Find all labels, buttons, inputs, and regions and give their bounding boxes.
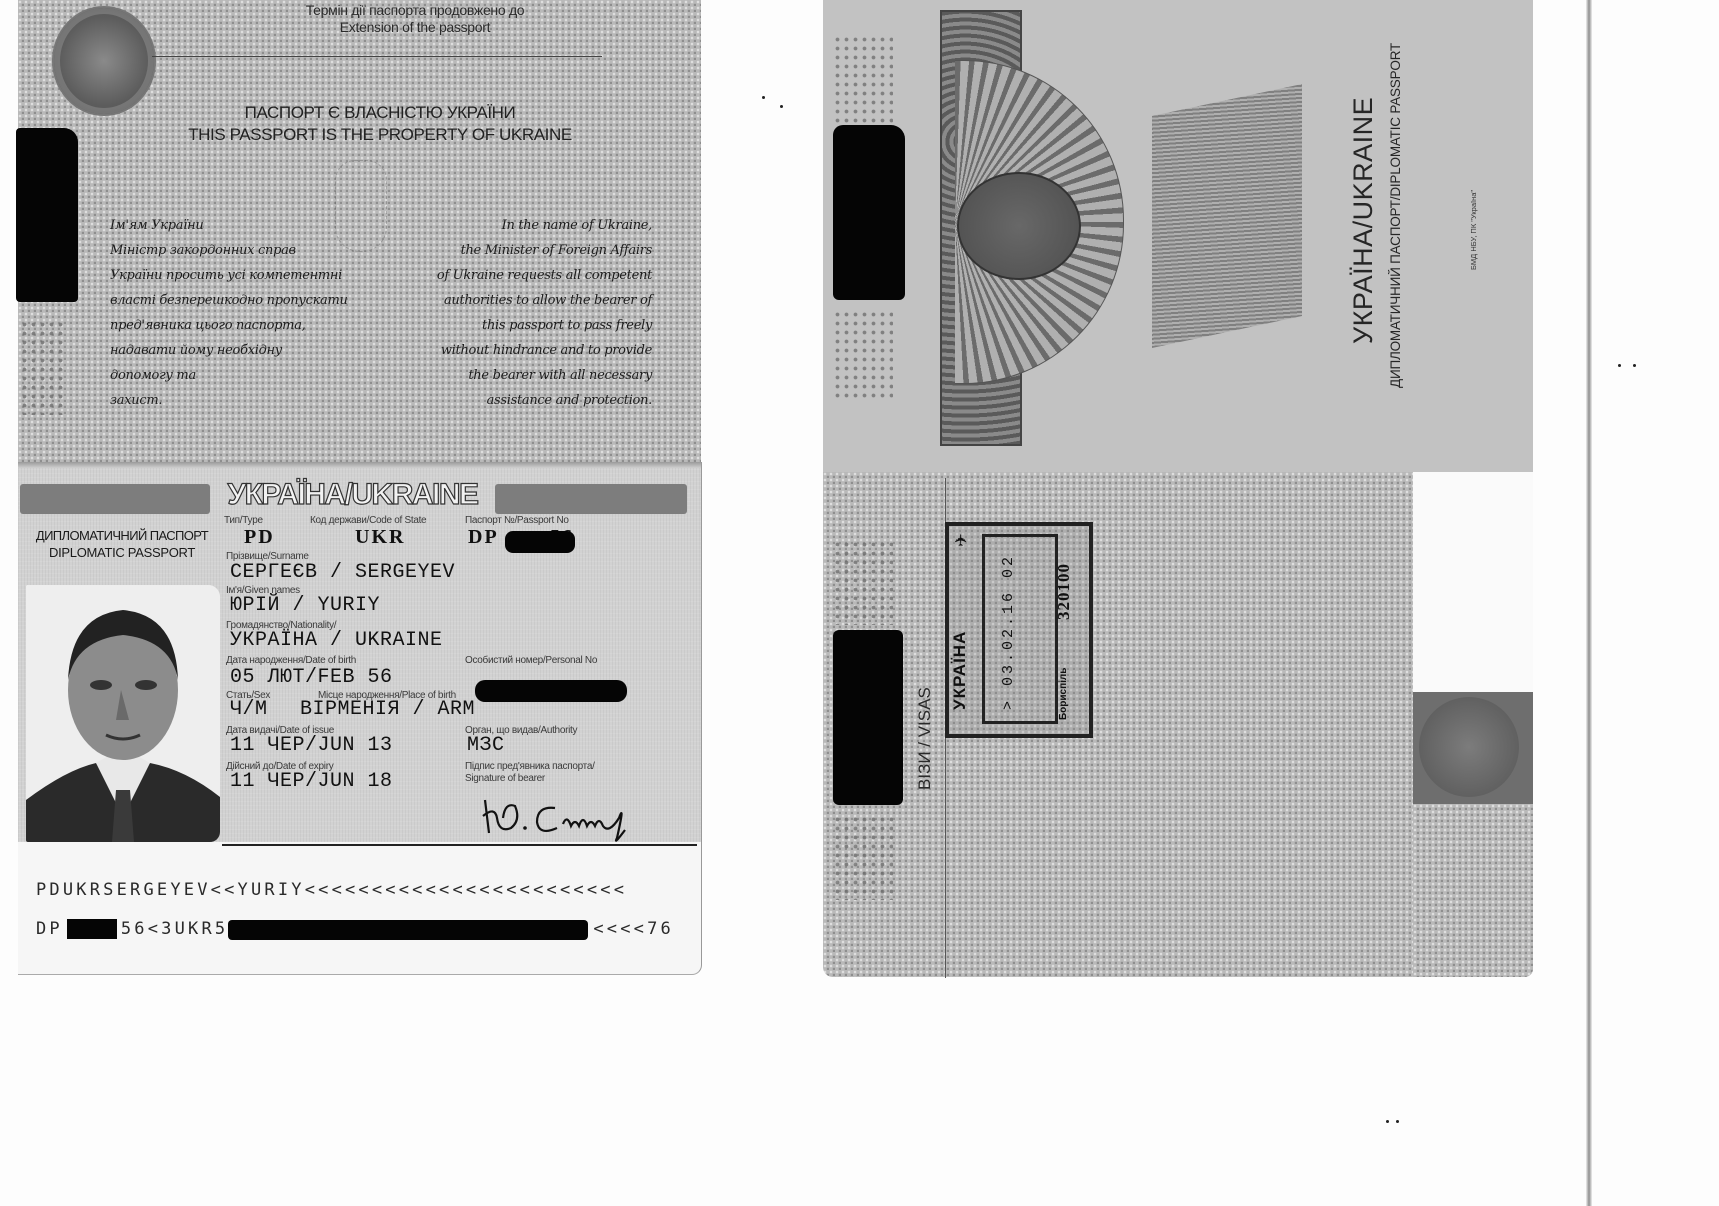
passport-no-label: Паспорт №/Passport No bbox=[465, 515, 569, 526]
visas-page bbox=[823, 472, 1413, 977]
property-notice-ua: ПАСПОРТ Є ВЛАСНІСТЮ УКРАЇНИ bbox=[100, 103, 660, 123]
request-line: Ім'ям України bbox=[110, 213, 350, 238]
document-type-ua: ДИПЛОМАТИЧНИЙ ПАСПОРТ bbox=[22, 528, 222, 543]
portrait-icon bbox=[26, 585, 220, 842]
holographic-seal-icon bbox=[1419, 697, 1519, 797]
request-line: authorities to allow the bearer of bbox=[400, 288, 652, 313]
perforated-number-icon bbox=[20, 320, 66, 415]
bearer-signature bbox=[475, 788, 675, 843]
request-line: допомогу та bbox=[110, 363, 350, 388]
mrz-line-2-mid: 56<3UKR5 bbox=[121, 919, 228, 939]
given-names-value: ЮРІЙ / YURIY bbox=[230, 594, 380, 617]
document-type-en: DIPLOMATIC PASSPORT bbox=[22, 545, 222, 560]
stamp-code: 320100 bbox=[1054, 530, 1074, 620]
visa-page-blank-margin bbox=[1413, 472, 1533, 692]
request-line: власті безперешкодно пропускати bbox=[110, 288, 350, 313]
airplane-icon: ✈ bbox=[952, 533, 972, 546]
request-text-ua: Ім'ям України Міністр закордонних справ … bbox=[110, 213, 350, 413]
request-line: of Ukraine requests all competent bbox=[400, 263, 652, 288]
extension-line bbox=[152, 56, 602, 57]
stamp-inner-frame bbox=[982, 534, 1058, 724]
mrz-line-1: PDUKRSERGEYEV<<YURIY<<<<<<<<<<<<<<<<<<<<… bbox=[36, 880, 627, 900]
request-line: without hindrance and to provide bbox=[400, 338, 652, 363]
data-page-title: УКРАЇНА/UKRAINE bbox=[210, 478, 495, 512]
cover-subtitle: ДИПЛОМАТИЧНИЙ ПАСПОРТ/DIPLOMATIC PASSPOR… bbox=[1388, 5, 1403, 425]
signature-label-ua: Підпис пред'явника паспорта/ bbox=[465, 761, 595, 772]
extension-label-en: Extension of the passport bbox=[200, 19, 630, 35]
stamp-country: УКРАЇНА bbox=[950, 560, 970, 710]
stamp-place: Бориспіль bbox=[1058, 625, 1069, 720]
scan-speck bbox=[1396, 1120, 1399, 1123]
redaction-block bbox=[228, 920, 588, 940]
date-of-birth-label: Дата народження/Date of birth bbox=[226, 655, 356, 666]
personal-no-label: Особистий номер/Personal No bbox=[465, 655, 597, 666]
printer-imprint: БМД НБУ, ПК "Україна" bbox=[1469, 170, 1478, 290]
redaction-block bbox=[16, 128, 78, 302]
mrz-line-2-prefix: DP bbox=[36, 919, 63, 939]
emblem-icon bbox=[957, 172, 1081, 280]
signature-icon bbox=[475, 788, 675, 843]
scanner-edge bbox=[1586, 0, 1592, 1206]
place-of-birth-value: ВІРМЕНІЯ / ARM bbox=[300, 698, 475, 721]
perforated-number-icon bbox=[833, 35, 893, 125]
mrz-line-2-suffix: <<<<76 bbox=[593, 919, 674, 939]
banner-ornament-left bbox=[20, 484, 210, 514]
code-of-state-value: UKR bbox=[355, 526, 405, 549]
request-line: the bearer with all necessary bbox=[400, 363, 652, 388]
request-line: Міністр закордонних справ bbox=[110, 238, 350, 263]
code-of-state-label: Код держави/Code of State bbox=[310, 515, 426, 526]
scan-speck bbox=[1618, 364, 1621, 367]
redaction-block bbox=[475, 680, 627, 702]
scan-speck bbox=[762, 96, 765, 99]
holder-photo bbox=[26, 585, 220, 842]
request-line: In the name of Ukraine, bbox=[400, 213, 652, 238]
stamp-date: > 03.02.16 02 bbox=[1000, 540, 1017, 710]
flag-watermark-icon bbox=[1152, 84, 1302, 348]
page-fold bbox=[18, 462, 701, 468]
request-line: пред'явника цього паспорта, bbox=[110, 313, 350, 338]
date-of-birth-value: 05 ЛЮТ/FEB 56 bbox=[230, 666, 393, 689]
date-of-expiry-value: 11 ЧЕР/JUN 18 bbox=[230, 770, 393, 793]
redaction-block bbox=[833, 125, 905, 300]
perforated-number-icon bbox=[833, 540, 893, 625]
scan-speck bbox=[1386, 1120, 1389, 1123]
extension-label-ua: Термін дії паспорта продовжено до bbox=[200, 2, 630, 18]
date-of-issue-value: 11 ЧЕР/JUN 13 bbox=[230, 734, 393, 757]
perforated-number-icon bbox=[833, 815, 893, 900]
redaction-block bbox=[67, 919, 117, 939]
banner-ornament-right bbox=[495, 484, 687, 514]
request-line: захист. bbox=[110, 388, 350, 413]
surname-value: СЕРГЕЄВ / SERGEYEV bbox=[230, 561, 455, 584]
nationality-value: УКРАЇНА / UKRAINE bbox=[230, 629, 443, 652]
visas-label: ВІЗИ / VISAS bbox=[915, 640, 935, 790]
passport-no-prefix: DP bbox=[468, 526, 499, 549]
request-line: the Minister of Foreign Affairs bbox=[400, 238, 652, 263]
signature-label-en: Signature of bearer bbox=[465, 773, 545, 784]
request-line: України просить усі компетентні bbox=[110, 263, 350, 288]
scan-speck bbox=[1633, 364, 1636, 367]
authority-value: МЗС bbox=[467, 734, 505, 757]
sex-value: Ч/M bbox=[230, 698, 268, 721]
scan-speck bbox=[780, 105, 783, 108]
perforated-number-icon bbox=[833, 310, 893, 400]
visa-page-lower bbox=[1413, 804, 1533, 977]
request-text-en: In the name of Ukraine, the Minister of … bbox=[400, 213, 652, 413]
redaction-block bbox=[505, 531, 575, 553]
request-line: assistance and protection. bbox=[400, 388, 652, 413]
type-label: Тип/Type bbox=[224, 515, 263, 526]
cover-title: УКРАЇНА/UKRAINE bbox=[1348, 70, 1379, 370]
request-line: this passport to pass freely bbox=[400, 313, 652, 338]
property-notice-en: THIS PASSPORT IS THE PROPERTY OF UKRAINE bbox=[100, 125, 660, 145]
redaction-block bbox=[833, 630, 903, 805]
type-value: PD bbox=[244, 526, 275, 549]
holographic-seal-icon bbox=[52, 6, 156, 116]
signature-rule bbox=[222, 844, 697, 846]
request-line: надавати йому необхідну bbox=[110, 338, 350, 363]
